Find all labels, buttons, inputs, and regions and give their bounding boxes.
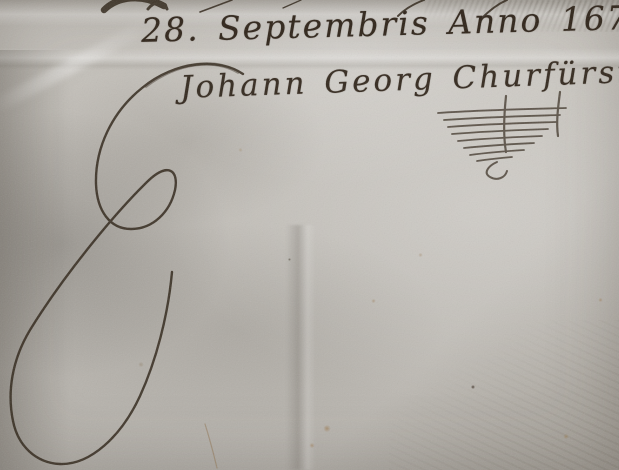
paper-texture-bottom-right (389, 320, 619, 470)
stain-spot (563, 434, 569, 439)
signature-hatch-flourish (438, 92, 566, 179)
stain-spot (309, 443, 315, 448)
stain-spot (471, 385, 475, 389)
hatch-line (470, 150, 524, 155)
stain-spot (418, 253, 423, 257)
stain-spot (288, 258, 291, 261)
stain-spot (138, 362, 144, 367)
hatch-line (477, 157, 512, 161)
hatch-line (444, 115, 560, 120)
descender-stroke (557, 92, 560, 136)
hatch-line (464, 143, 534, 148)
stain-spot (238, 148, 243, 152)
paper-shadow-left (0, 50, 70, 470)
stain-spot (371, 299, 376, 303)
hatch-curl (487, 162, 507, 179)
hatch-line (448, 122, 556, 127)
stain-spot (323, 425, 331, 432)
descender-stroke (504, 96, 506, 152)
faint-stain-line (205, 424, 217, 468)
stain-spot (598, 298, 603, 302)
hatch-line (458, 136, 542, 141)
manuscript-photo: 28. Septembris Anno 1677. Johann Georg C… (0, 0, 619, 470)
paper-crease-vertical (286, 225, 316, 470)
hatch-line (438, 108, 566, 113)
hatch-line (452, 129, 548, 134)
